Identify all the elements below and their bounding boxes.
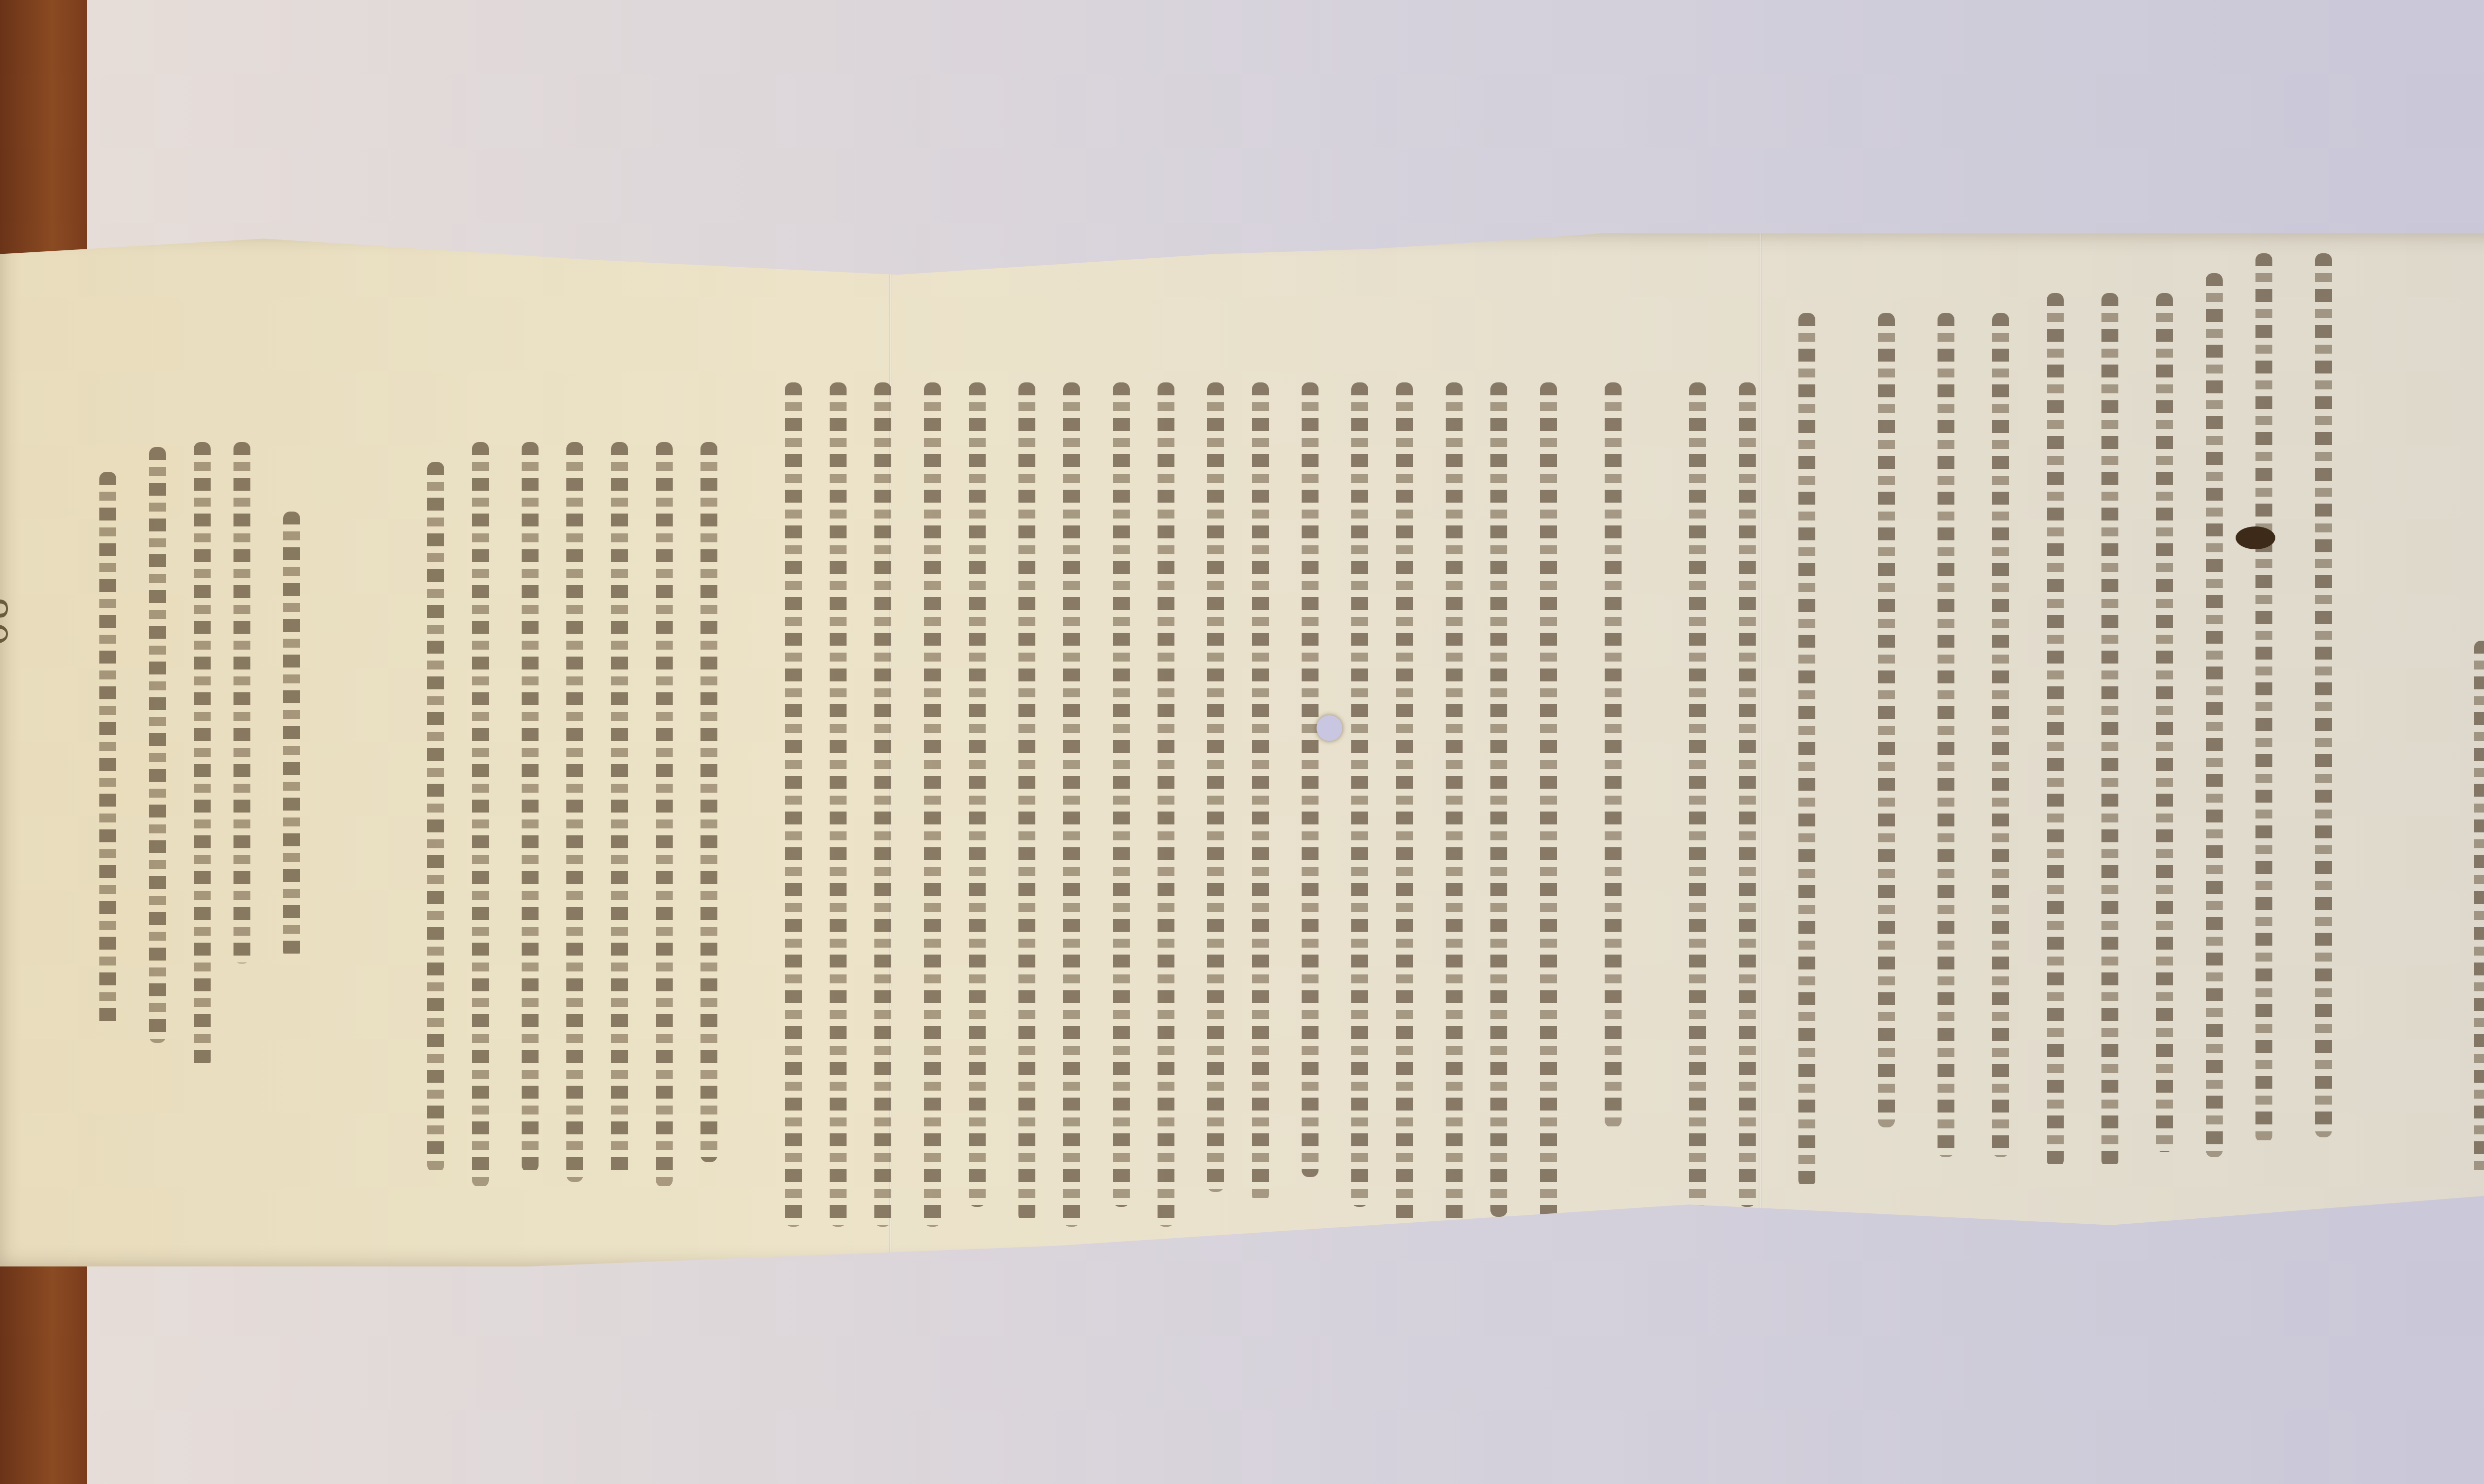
script-line xyxy=(1490,382,1507,1217)
script-line xyxy=(1540,382,1557,1227)
manuscript-page: 80 xyxy=(0,233,2484,1266)
script-line xyxy=(2315,253,2332,1137)
script-line xyxy=(1938,313,1954,1157)
script-line xyxy=(1302,382,1319,1177)
script-line xyxy=(1446,382,1463,1227)
script-line xyxy=(1689,382,1706,1207)
script-line xyxy=(194,442,211,1068)
script-line xyxy=(1605,382,1622,1127)
script-line xyxy=(2047,293,2064,1167)
script-line xyxy=(830,382,847,1227)
script-line xyxy=(969,382,986,1207)
script-line xyxy=(1207,382,1224,1192)
script-line xyxy=(1739,382,1756,1207)
script-line xyxy=(1798,313,1815,1187)
folio-number: 80 xyxy=(0,596,15,647)
script-line xyxy=(2255,253,2272,1142)
script-line xyxy=(283,512,300,959)
script-line xyxy=(1396,382,1413,1227)
script-line xyxy=(1113,382,1130,1207)
script-line xyxy=(566,442,583,1182)
script-line xyxy=(149,447,166,1043)
script-line xyxy=(472,442,489,1187)
script-line xyxy=(2101,293,2118,1167)
script-line xyxy=(2206,273,2223,1157)
ink-blot xyxy=(2236,526,2275,549)
script-line xyxy=(1018,382,1035,1222)
script-line xyxy=(611,442,628,1177)
script-line xyxy=(522,442,539,1172)
script-line xyxy=(1992,313,2009,1157)
wormhole xyxy=(1317,715,1342,741)
script-line xyxy=(1063,382,1080,1227)
script-line xyxy=(427,462,444,1172)
script-line xyxy=(2474,641,2484,1177)
script-line xyxy=(700,442,717,1162)
script-line xyxy=(99,472,116,1028)
script-line xyxy=(874,382,891,1227)
script-line xyxy=(1878,313,1895,1127)
paper-fold xyxy=(1759,233,1762,1266)
script-line xyxy=(2156,293,2173,1152)
script-line xyxy=(1351,382,1368,1207)
script-line xyxy=(924,382,941,1227)
script-line xyxy=(233,442,250,964)
script-line xyxy=(656,442,673,1187)
script-line xyxy=(1252,382,1269,1202)
script-line xyxy=(1158,382,1174,1227)
script-line xyxy=(785,382,802,1227)
